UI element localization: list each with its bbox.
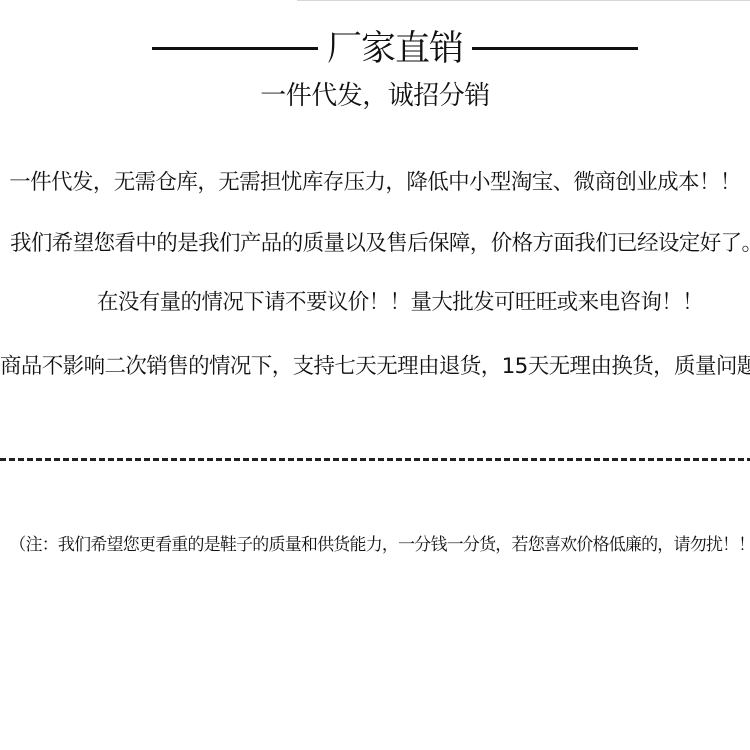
top-edge-line: [297, 0, 750, 1]
note-text: （注：我们希望您更看重的是鞋子的质量和供货能力，一分钱一分货，若您喜欢价格低廉的…: [0, 531, 750, 559]
body-line-quality: 我们希望您看中的是我们产品的质量以及售后保障，价格方面我们已经设定好了。: [10, 227, 750, 261]
title-row: 厂家直销: [0, 26, 750, 72]
body-line-no-bargain: 在没有量的情况下请不要议价！！量大批发可旺旺或来电咨询！！: [25, 286, 750, 320]
body-line-dropshipping: 一件代发，无需仓库，无需担忧库存压力，降低中小型淘宝、微商创业成本！！: [0, 166, 750, 200]
page-title: 厂家直销: [318, 26, 472, 72]
title-rule-right: [472, 47, 638, 50]
body-line-return-policy: 商品不影响二次销售的情况下，支持七天无理由退货，15天无理由换货，质量问题负责！: [0, 350, 750, 384]
title-rule-left: [152, 47, 318, 50]
page-subtitle: 一件代发，诚招分销: [0, 78, 750, 114]
dashed-divider: [0, 458, 750, 461]
